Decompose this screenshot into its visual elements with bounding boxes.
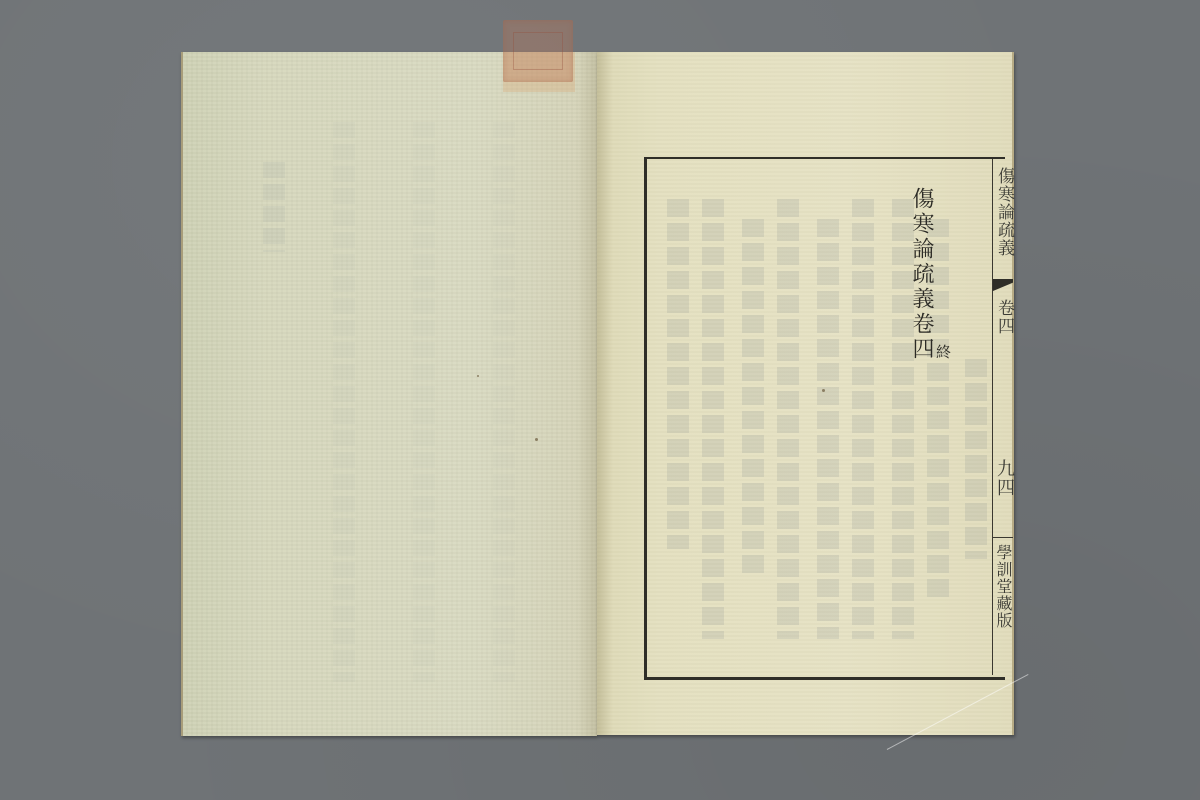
show-through-text bbox=[333, 122, 355, 682]
block-center-page-number: 九四 bbox=[995, 459, 1013, 497]
right-page: 傷寒論疏義卷四 終 傷寒論疏義 卷四 九四 學訓堂藏版 bbox=[597, 52, 1014, 735]
gutter-shadow bbox=[597, 52, 613, 735]
block-center-publisher: 學訓堂藏版 bbox=[995, 544, 1011, 629]
printed-border-frame bbox=[644, 157, 1005, 680]
fishtail-mark-icon bbox=[993, 279, 1013, 291]
paper-speck bbox=[822, 389, 825, 392]
block-center-volume: 卷四 bbox=[995, 299, 1012, 335]
show-through-text bbox=[667, 199, 689, 549]
show-through-text bbox=[263, 162, 285, 252]
paper-speck bbox=[477, 375, 479, 377]
volume-end-title: 傷寒論疏義卷四 bbox=[910, 187, 932, 362]
gutter-shadow bbox=[577, 52, 597, 736]
show-through-text bbox=[702, 199, 724, 639]
left-page bbox=[181, 52, 597, 736]
show-through-text bbox=[493, 122, 515, 682]
show-through-text bbox=[965, 359, 987, 559]
block-center-strip: 傷寒論疏義 卷四 九四 學訓堂藏版 bbox=[992, 159, 1013, 675]
end-mark: 終 bbox=[933, 344, 954, 359]
show-through-text bbox=[742, 219, 764, 579]
paper-speck bbox=[535, 438, 538, 441]
show-through-text bbox=[817, 219, 839, 639]
seal-border bbox=[513, 32, 563, 70]
library-seal bbox=[503, 20, 573, 82]
show-through-text bbox=[777, 199, 799, 639]
block-center-divider bbox=[993, 537, 1013, 538]
show-through-text bbox=[852, 199, 874, 639]
block-center-book-title: 傷寒論疏義 bbox=[995, 167, 1012, 257]
show-through-text bbox=[413, 122, 435, 682]
